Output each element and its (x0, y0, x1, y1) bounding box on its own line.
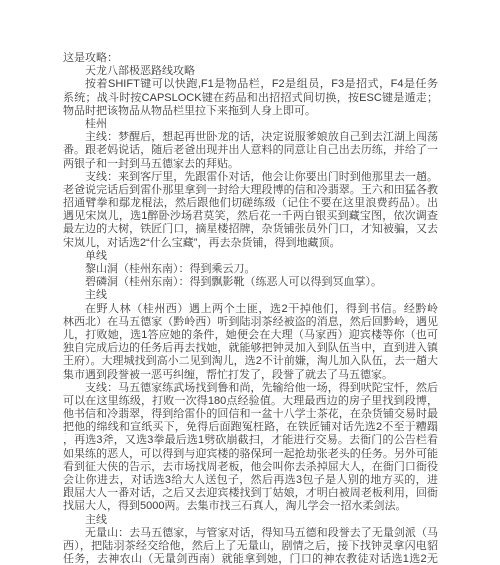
text-line: 桂州 (63, 118, 438, 131)
text-line: 遇见宋岚儿，选1醉卧沙场君莫笑，然后花一千两白银买到藏宝图，依次调查市场 (63, 210, 438, 223)
text-line: 黎山洞（桂州东南）：得到乘云刀。 (63, 263, 438, 276)
text-line: 最左边的大树，铁匠门口，摘星楼招牌，杂货铺张员外门口，才知被骗，又去找 (63, 223, 438, 236)
text-line: 宋岚儿，对话选2“什么宝藏”，再去杂货铺，得到地藏顶。 (63, 237, 438, 250)
text-line: 可以在这里练级，打败一次得180点经验值。大理最西边的房子里找到段博，交给 (63, 395, 438, 408)
text-line: 系统；战斗时按CAPSLOCK键在药品和出招招式间切换，按ESC键是遁走；使用某… (63, 92, 438, 105)
text-line: 物品时把该物品从物品栏里拉下来拖到人身上即可。 (63, 105, 438, 118)
text-line: 碧磷洞（桂州东南）：得到飘影靴（练恶人可以得到冥血掌）。 (63, 276, 438, 289)
text-line: 西），把陆羽茶经交给他，然后上了无量山，剧情之后，接下找钟灵拿闪电貂的 (63, 540, 438, 553)
text-line: 找屈大人，得到5000两。去集市找三石真人，淘儿学会一招水柔剑法。 (63, 500, 438, 513)
text-line: 老爸说完话后到雷仆那里拿到一封给大理段博的信和冷翡翠。王六和田猛各教一 (63, 184, 438, 197)
text-line: 单线 (63, 250, 438, 263)
text-line: ，再选3斧，又选3拳最后选1劈砍崩截扫，才能进行交易。去衙门的公告栏看看， (63, 434, 438, 447)
text-line: 在野人林（桂州西）遇上两个土匪，选2干掉他们，得到书信。经黔岭（野人 (63, 303, 438, 316)
text-line: 按着SHIFT键可以快跑,F1是物品栏，F2是组员，F3是招式，F4是任务栏，F… (63, 78, 438, 91)
text-line: 主线 (63, 289, 438, 302)
text-line: 独自完成后边的任务后再去找她，就能够把钟灵加入到队伍当中，直到进入镇南 (63, 342, 438, 355)
text-line: 王府）。大理城找到高小二见到淘儿，选2不计前嫌，淘儿加入队伍，去一趟大理 (63, 355, 438, 368)
text-line: 两银子和一封到马五德家去的拜贴。 (63, 158, 438, 171)
text-line: 招通臂拳和鄢龙棍法，然后跟他们切磋练级（记住不要在这里浪费药品）。出门 (63, 197, 438, 210)
text-line: 主线 (63, 514, 438, 527)
text-line: 这是攻略： (63, 52, 438, 65)
text-line: 任务，去神农山（无量剑西南）就能拿到她，门口的神农教徒对话选1选2无所谓 (63, 553, 438, 565)
text-line: 无量山：去马五德家，与管家对话，得知马五德和段誉去了无量剑派（马家 (63, 527, 438, 540)
text-line: 跟屈大人一番对话，之后又去迎宾楼找到丁姑娘，才明白被周老板利用，回衙门 (63, 487, 438, 500)
text-line: 番。跟老妈说话，随后老爸出现并出人意料的同意让自己出去历练，并给了一千 (63, 144, 438, 157)
text-line: 集市遇到段誉被一恶丐纠缠，帮忙打发了，段誉了就去了马五德家。 (63, 369, 438, 382)
text-line: 看到征大侠的告示，去市场找周老板，他会叫你去杀掉屈大人，在衙门口衙役不 (63, 461, 438, 474)
text-line: 支线：来到客厅里，先跟雷仆对话，他会让你要出门时到他那里去一趟。跟 (63, 171, 438, 184)
document-body: 这是攻略：天龙八部极恶路线攻略按着SHIFT键可以快跑,F1是物品栏，F2是组员… (63, 52, 438, 565)
text-line: 支线：马五德家练武场找到鲁和尚，先输给他一场，得到吠陀宝忏，然后就 (63, 382, 438, 395)
text-line: 天龙八部极恶路线攻略 (63, 65, 438, 78)
text-line: 林西北）在马五德家（黔岭西）听到陆羽茶经被盗的消息，然后回黔岭，遇见淘 (63, 316, 438, 329)
text-line: 他书信和冷翡翠，得到给雷仆的回信和一盆十八学士茶花，在杂货铺交易时最好 (63, 408, 438, 421)
text-line: 会让你进去，对话选3给大人送包子，然后再选3包子是人别的地方买的，进去后 (63, 474, 438, 487)
text-line: 如果练的恶人，可以得到与迎宾楼的骆保珂一起抢劫张老头的任务。另外可能会 (63, 448, 438, 461)
text-line: 把他的绵线和宣纸买下，免得后面跑冤枉路，在铁匠铺对话先选2不至于糟蹋好剑 (63, 421, 438, 434)
text-line: 儿，打败她，选1答应她的条件，她便会在大理（马家西）迎宾楼等你（也可以先 (63, 329, 438, 342)
text-line: 主线：梦醒后，想起再世卧龙的话，决定说服爹娘放自己到去江湖上闯荡一 (63, 131, 438, 144)
